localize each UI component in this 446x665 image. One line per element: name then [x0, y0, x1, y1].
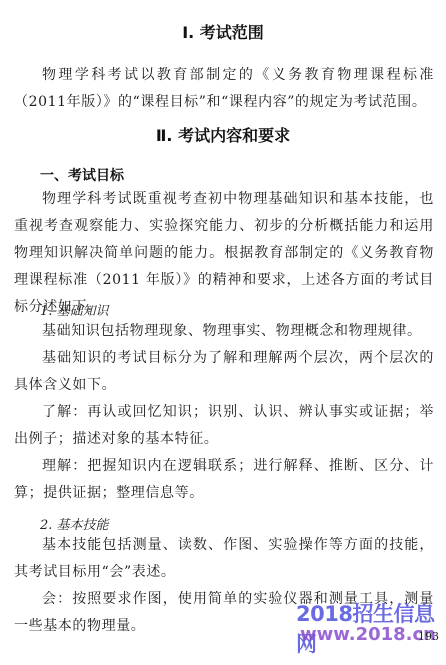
section-heading-content: Ⅱ. 考试内容和要求 — [0, 123, 446, 146]
watermark-url: www.2018.cn — [300, 624, 436, 645]
basic-knowledge-p2: 基础知识的考试目标分为了解和理解两个层次，两个层次的具体含义如下。 — [14, 345, 434, 399]
page-number: 193 — [418, 630, 439, 643]
scope-paragraph: 物理学科考试以教育部制定的《义务教育物理课程标准（2011年版）》的“课程目标”… — [14, 62, 434, 116]
item-basic-knowledge-title: 1. 基础知识 — [40, 300, 109, 319]
basic-knowledge-understand-level2: 理解：把握知识内在逻辑联系；进行解释、推断、区分、计算；提供证据；整理信息等。 — [14, 453, 434, 507]
item-basic-skills-title: 2. 基本技能 — [40, 514, 109, 533]
basic-knowledge-understand-level1: 了解：再认或回忆知识；识别、认识、辨认事实或证据；举出例子；描述对象的基本特征。 — [14, 399, 434, 453]
subheading-exam-goals: 一、考试目标 — [40, 165, 124, 185]
basic-knowledge-p1: 基础知识包括物理现象、物理事实、物理概念和物理规律。 — [14, 318, 434, 345]
basic-skills-p1: 基本技能包括测量、读数、作图、实验操作等方面的技能，其考试目标用“会”表述。 — [14, 532, 434, 586]
document-page: Ⅰ. 考试范围 物理学科考试以教育部制定的《义务教育物理课程标准（2011年版）… — [0, 0, 446, 665]
section-heading-scope: Ⅰ. 考试范围 — [0, 20, 446, 43]
